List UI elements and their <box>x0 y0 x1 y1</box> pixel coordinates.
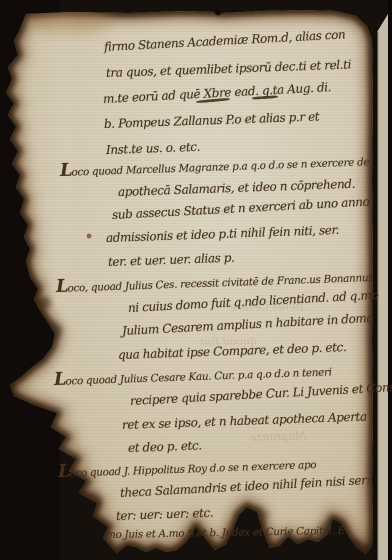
page-seam <box>373 28 378 560</box>
gutter-dark-strip <box>388 0 392 560</box>
foxing-dot <box>87 234 92 239</box>
top-edge-hole <box>215 9 222 16</box>
next-page-edge <box>377 14 388 560</box>
manuscript-scan: Salamandris Julius Cesare quoad fuit Mag… <box>0 0 392 560</box>
manuscript-photo-art <box>0 0 392 560</box>
